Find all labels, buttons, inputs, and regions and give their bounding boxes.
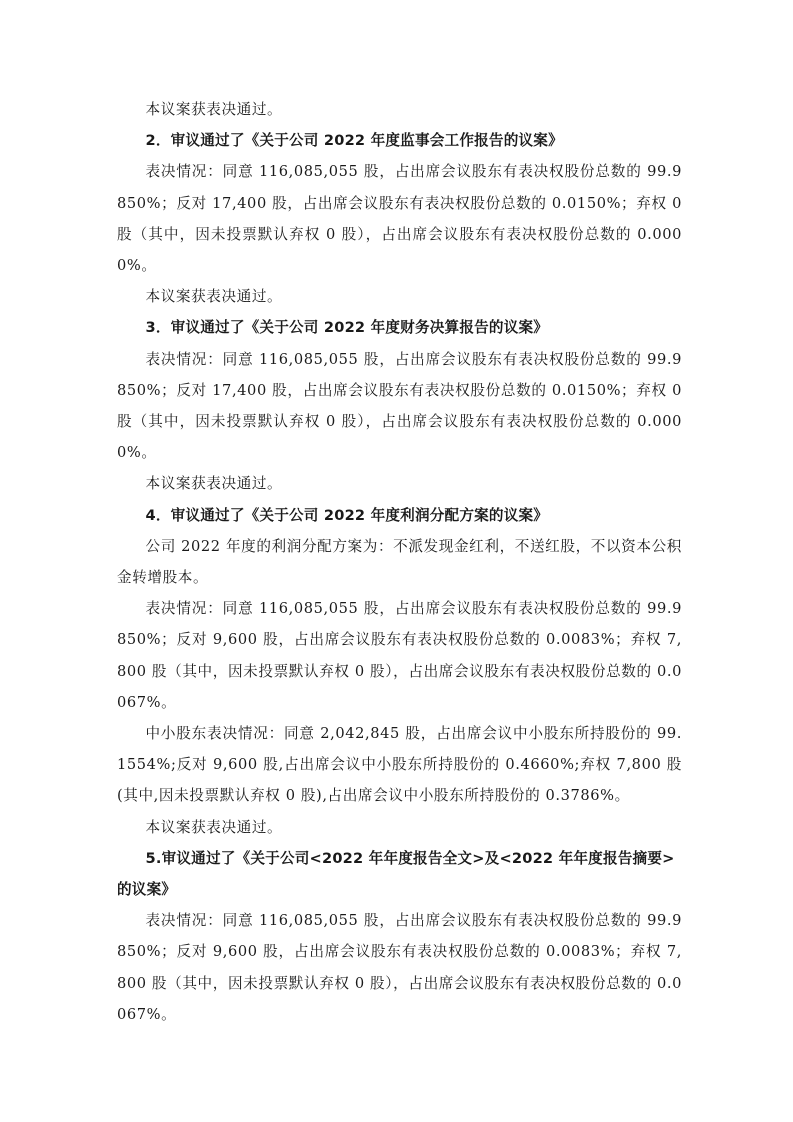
motion-2-vote-result: 表决情况：同意 116,085,055 股，占出席会议股东有表决权股份总数的 9… xyxy=(117,156,682,281)
motion-3-heading: 3．审议通过了《关于公司 2022 年度财务决算报告的议案》 xyxy=(117,312,682,343)
resolution-passed-text: 本议案获表决通过。 xyxy=(117,94,682,125)
document-page: 本议案获表决通过。 2．审议通过了《关于公司 2022 年度监事会工作报告的议案… xyxy=(117,94,682,1030)
motion-3-vote-result: 表决情况：同意 116,085,055 股，占出席会议股东有表决权股份总数的 9… xyxy=(117,344,682,469)
resolution-passed-text: 本议案获表决通过。 xyxy=(117,812,682,843)
motion-4-heading: 4．审议通过了《关于公司 2022 年度利润分配方案的议案》 xyxy=(117,500,682,531)
motion-4-vote-result: 表决情况：同意 116,085,055 股，占出席会议股东有表决权股份总数的 9… xyxy=(117,593,682,718)
motion-4-minority-vote-result: 中小股东表决情况：同意 2,042,845 股，占出席会议中小股东所持股份的 9… xyxy=(117,718,682,812)
motion-5-heading: 5.审议通过了《关于公司<2022 年年度报告全文>及<2022 年年度报告摘要… xyxy=(117,843,682,905)
resolution-passed-text: 本议案获表决通过。 xyxy=(117,281,682,312)
resolution-passed-text: 本议案获表决通过。 xyxy=(117,468,682,499)
motion-2-heading: 2．审议通过了《关于公司 2022 年度监事会工作报告的议案》 xyxy=(117,125,682,156)
motion-5-vote-result: 表决情况：同意 116,085,055 股，占出席会议股东有表决权股份总数的 9… xyxy=(117,905,682,1030)
motion-4-plan-description: 公司 2022 年度的利润分配方案为：不派发现金红利，不送红股，不以资本公积金转… xyxy=(117,531,682,593)
